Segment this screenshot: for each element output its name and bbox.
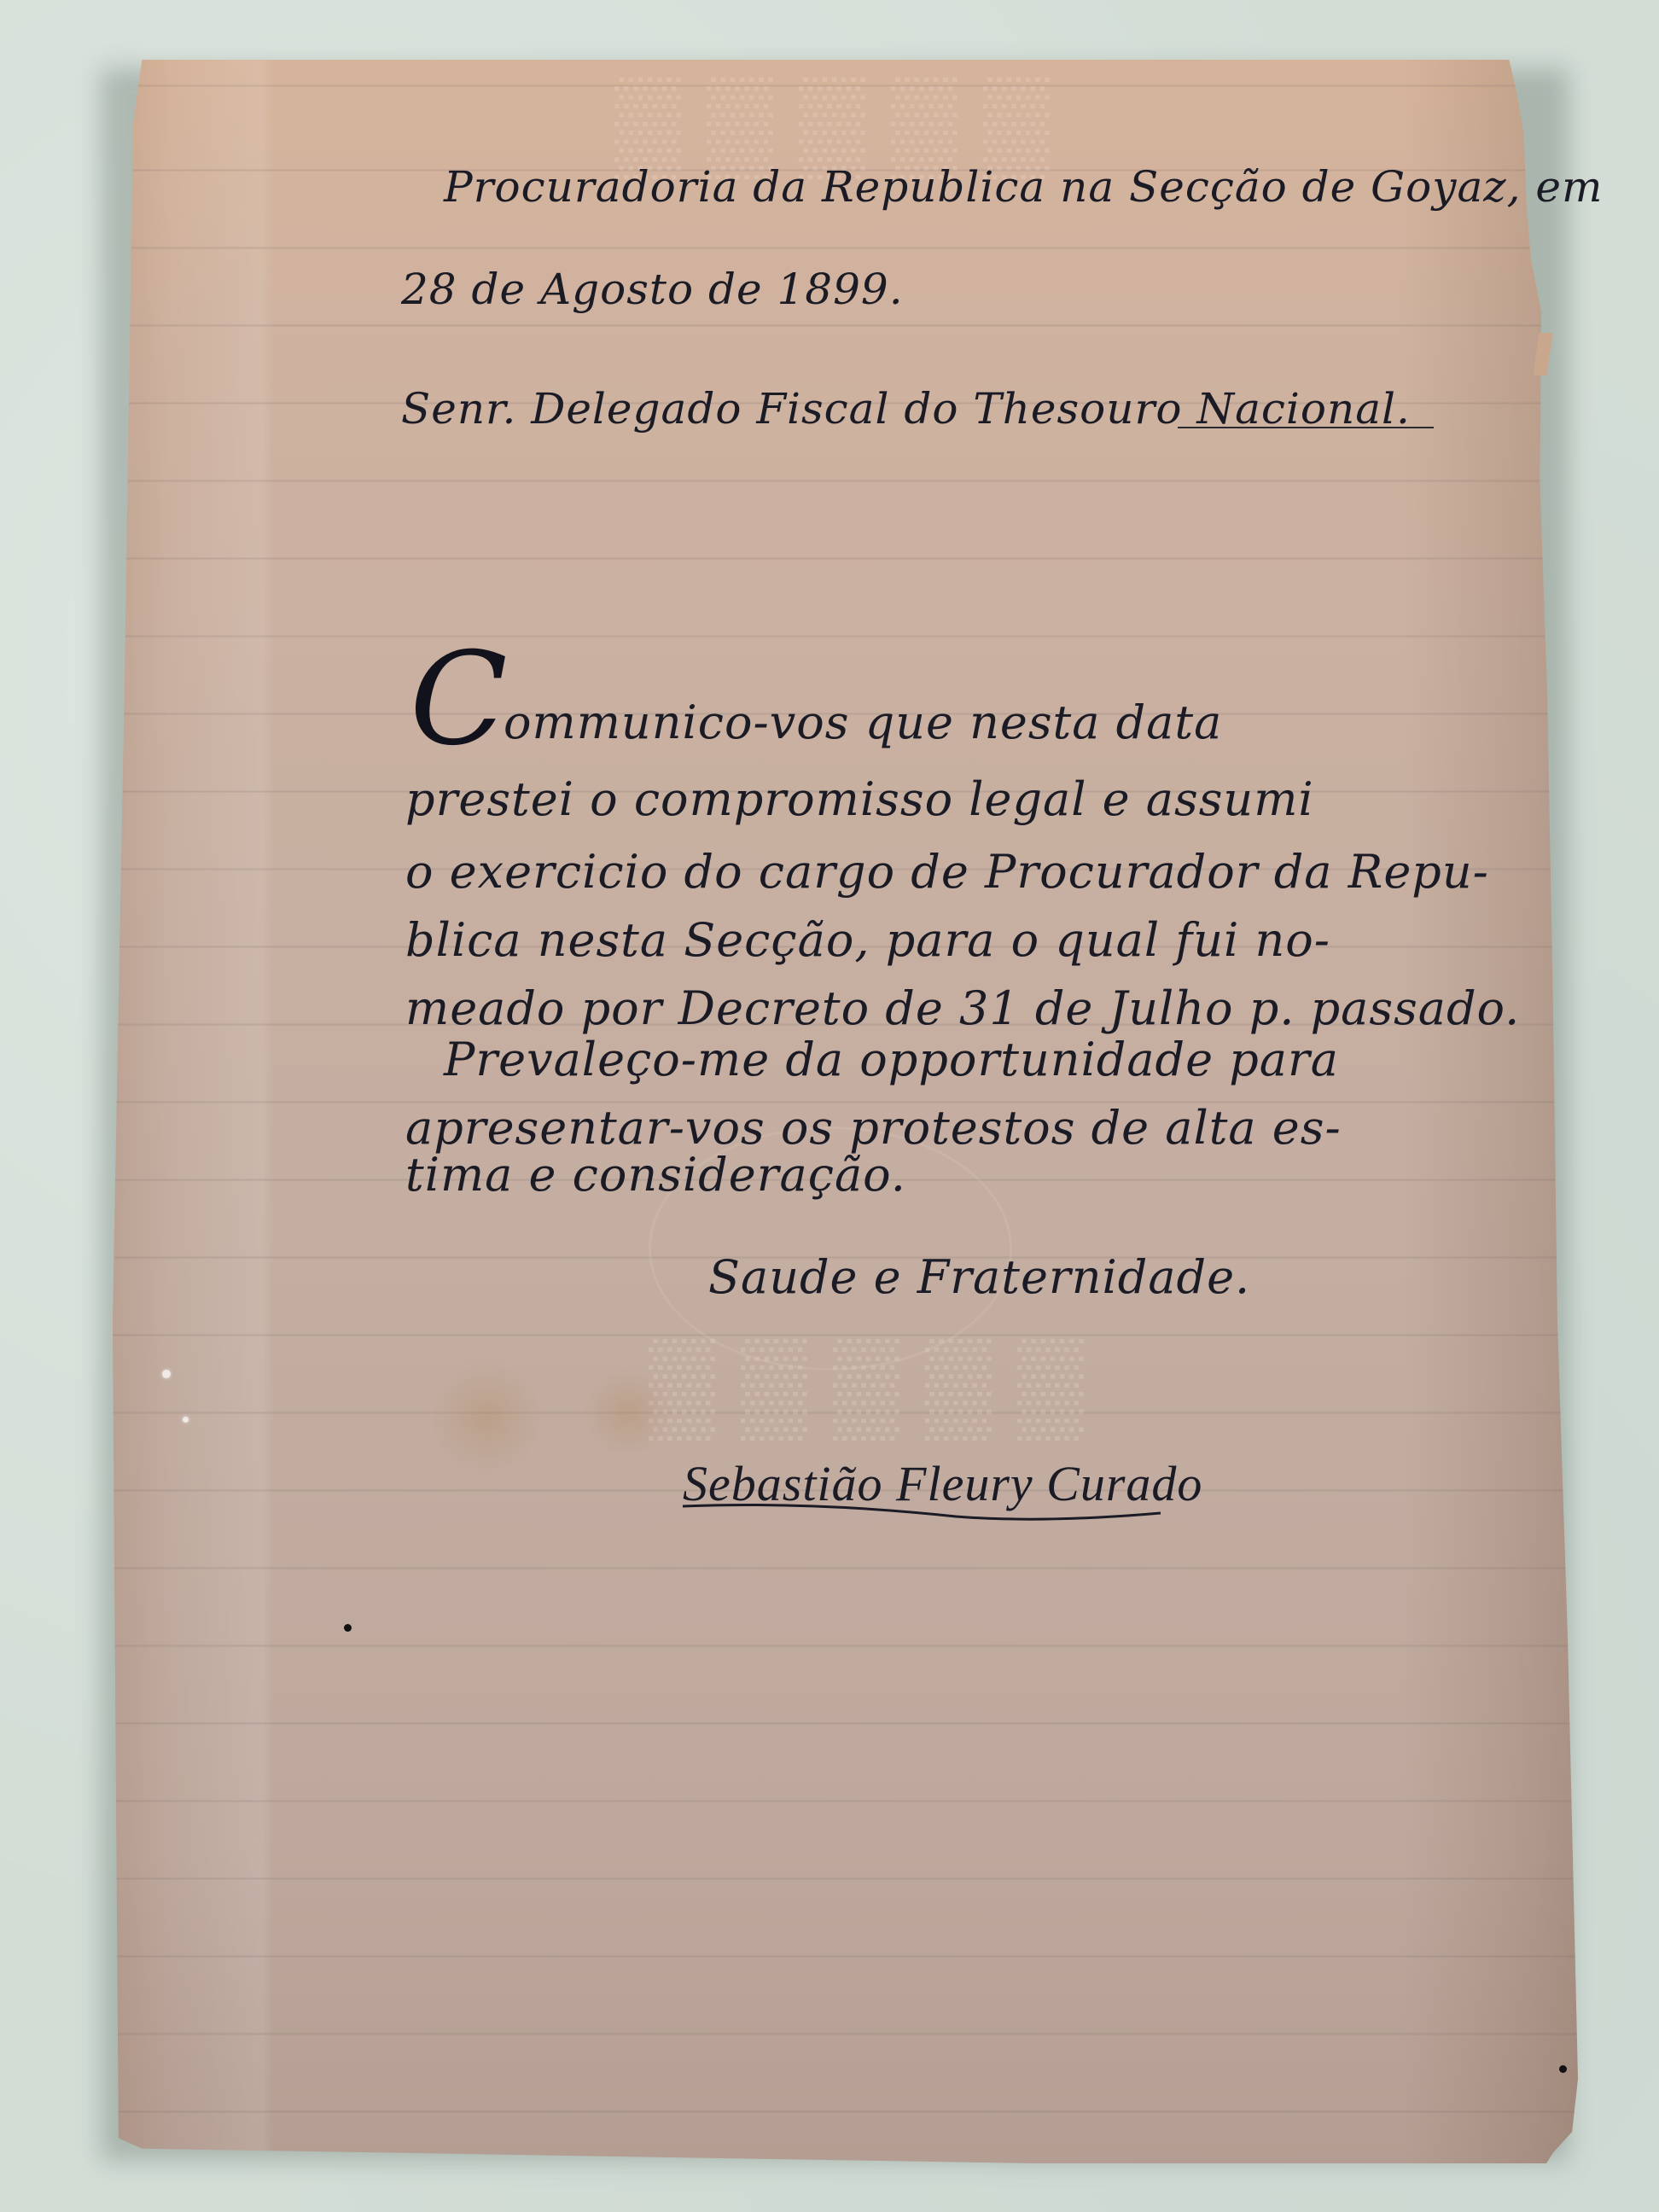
- header-date-line: 28 de Agosto de 1899.: [401, 265, 904, 314]
- stain: [580, 1365, 674, 1459]
- body-line: meado por Decreto de 31 de Julho p. pass…: [405, 981, 1520, 1035]
- signature-flourish: [683, 1498, 1178, 1532]
- body-line: blica nesta Secção, para o qual fui no-: [405, 913, 1330, 967]
- ink-dot: [344, 1624, 352, 1632]
- body-line: Prevaleço-me da opportunidade para: [444, 1033, 1339, 1086]
- body-line: tima e consideração.: [405, 1148, 906, 1202]
- header-office-line: Procuradoria da Republica na Secção de G…: [444, 162, 1603, 212]
- watermark-lower: ▒▒▒▒▒: [649, 1331, 1109, 1440]
- body-initial-letter: C: [410, 636, 508, 764]
- body-line: prestei o compromisso legal e assumi: [405, 772, 1314, 826]
- paper-speck: [183, 1417, 189, 1423]
- stain: [427, 1357, 546, 1476]
- closing-salutation: Saude e Fraternidade.: [708, 1250, 1250, 1304]
- addressee-underline: [1178, 427, 1434, 428]
- body-line: ommunico-vos que nesta data: [504, 696, 1222, 749]
- body-line: o exercicio do cargo de Procurador da Re…: [405, 845, 1489, 899]
- ink-dot: [1559, 2065, 1567, 2073]
- paper-speck: [162, 1370, 171, 1378]
- body-line: apresentar-vos os protestos de alta es-: [405, 1101, 1342, 1155]
